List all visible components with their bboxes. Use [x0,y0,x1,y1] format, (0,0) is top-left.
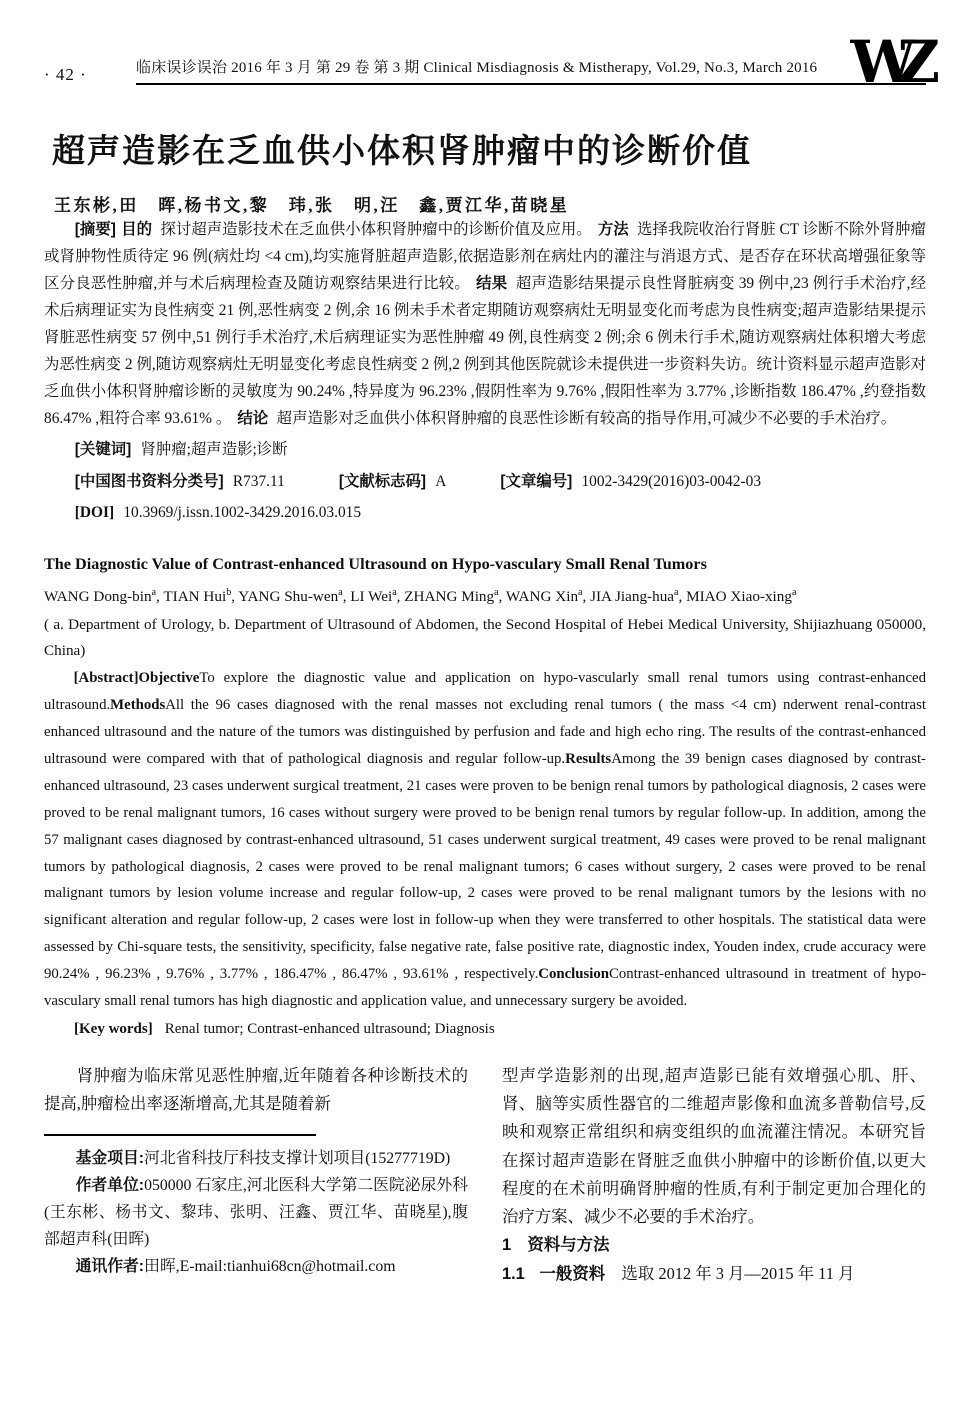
author-en: ZHANG Minga, [404,588,506,605]
keywords-label-en: [Key words] [74,1021,153,1037]
keywords-cn: 肾肿瘤;超声造影;诊断 [140,441,287,458]
doc-code-label: [文献标志码] [339,473,426,490]
authors-en: WANG Dong-bina, TIAN Huib, YANG Shu-wena… [44,584,926,610]
clc-label: [中国图书资料分类号] [75,473,224,490]
author-en: TIAN Huib, [163,588,238,605]
logo-letter-z: Z [898,28,940,96]
right-column: 型声学造影剂的出现,超声造影已能有效增强心肌、肝、肾、脑等实质性器官的二维超声影… [502,1062,926,1288]
correspondence-note: 通讯作者:田晖,E-mail:tianhui68cn@hotmail.com [44,1254,468,1281]
corr-label: 通讯作者: [76,1258,144,1275]
methods-label-en: Methods [110,697,165,713]
article-id-value: 1002-3429(2016)03-0042-03 [581,473,761,490]
right-paragraph: 型声学造影剂的出现,超声造影已能有效增强心肌、肝、肾、脑等实质性器官的二维超声影… [502,1062,926,1231]
section-1-1-paragraph: 1.1一般资料选取 2012 年 3 月—2015 年 11 月 [502,1260,926,1288]
abstract-cn: [摘要]目的探讨超声造影技术在乏血供小体积肾肿瘤中的诊断价值及应用。方法选择我院… [44,216,926,433]
conclusion-label-en: Conclusion [538,966,609,982]
author-en: LI Weia, [350,588,404,605]
journal-header-line: 临床误诊误治 2016 年 3 月 第 29 卷 第 3 期 Clinical … [136,56,926,85]
results-text-en: Among the 39 benign cases diagnosed by c… [44,751,926,982]
author-en: WANG Dong-bina, [44,588,163,605]
left-column: 肾肿瘤为临床常见恶性肿瘤,近年随着各种诊断技术的提高,肿瘤检出率逐渐增高,尤其是… [44,1062,468,1288]
abstract-label-en: [Abstract] [74,670,139,686]
clc-value: R737.11 [233,473,285,490]
doc-code-value: A [435,473,446,490]
classification-row: [中国图书资料分类号]R737.11[文献标志码]A[文章编号]1002-342… [44,469,926,495]
journal-page: · 42 · 临床误诊误治 2016 年 3 月 第 29 卷 第 3 期 Cl… [0,0,970,1426]
fund-text: 河北省科技厅科技支撑计划项目(15277719D) [144,1150,450,1167]
article-title-en: The Diagnostic Value of Contrast-enhance… [44,552,926,578]
journal-logo: WZ [851,34,940,94]
section-1-number: 1 [502,1236,511,1254]
results-text: 超声造影结果提示良性肾脏病变 39 例中,23 例行手术治疗,经术后病理证实为良… [44,275,926,428]
section-1-1-text: 选取 2012 年 3 月—2015 年 11 月 [622,1264,855,1283]
keywords-en: Renal tumor; Contrast-enhanced ultrasoun… [165,1021,495,1037]
doi-label: [DOI] [75,504,114,521]
section-1-title: 资料与方法 [528,1236,610,1254]
section-1-heading: 1资料与方法 [502,1231,926,1259]
affil-label: 作者单位: [76,1177,144,1194]
english-section: The Diagnostic Value of Contrast-enhance… [44,552,926,1038]
doi-value: 10.3969/j.issn.1002-3429.2016.03.015 [123,504,361,521]
methods-label: 方法 [598,221,629,238]
section-1-1-label: 1.1一般资料 [502,1265,605,1283]
page-number: · 42 · [44,65,136,85]
corr-text: 田晖,E-mail:tianhui68cn@hotmail.com [144,1258,395,1275]
objective-text: 探讨超声造影技术在乏血供小体积肾肿瘤中的诊断价值及应用。 [161,221,592,238]
fund-note: 基金项目:河北省科技厅科技支撑计划项目(15277719D) [44,1146,468,1173]
keywords-row-cn: [关键词]肾肿瘤;超声造影;诊断 [44,437,926,463]
author-en: WANG Xina, [506,588,590,605]
footnote-block: 基金项目:河北省科技厅科技支撑计划项目(15277719D) 作者单位:0500… [44,1146,468,1280]
intro-paragraph: 肾肿瘤为临床常见恶性肿瘤,近年随着各种诊断技术的提高,肿瘤检出率逐渐增高,尤其是… [44,1062,468,1118]
footnote-rule [44,1134,316,1136]
author-en: YANG Shu-wena, [238,588,350,605]
article-title-cn: 超声造影在乏血供小体积肾肿瘤中的诊断价值 [52,131,926,171]
results-label: 结果 [476,275,507,292]
abstract-label: [摘要] [75,221,116,238]
affiliation-en: ( a. Department of Urology, b. Departmen… [44,612,926,665]
objective-label-en: Objective [139,670,200,686]
author-affiliation-note: 作者单位:050000 石家庄,河北医科大学第二医院泌尿外科(王东彬、杨书文、黎… [44,1173,468,1254]
doi-row: [DOI]10.3969/j.issn.1002-3429.2016.03.01… [44,500,926,526]
conclusion-text: 超声造影对乏血供小体积肾肿瘤的良恶性诊断有较高的指导作用,可减少不必要的手术治疗… [277,410,896,427]
results-label-en: Results [565,751,611,767]
body-columns: 肾肿瘤为临床常见恶性肿瘤,近年随着各种诊断技术的提高,肿瘤检出率逐渐增高,尤其是… [44,1062,926,1288]
keywords-label-cn: [关键词] [75,441,131,458]
page-header: · 42 · 临床误诊误治 2016 年 3 月 第 29 卷 第 3 期 Cl… [44,0,926,85]
abstract-en: [Abstract]ObjectiveTo explore the diagno… [44,665,926,1015]
conclusion-label: 结论 [237,410,268,427]
article-id-label: [文章编号] [500,473,572,490]
objective-label: 目的 [121,221,152,238]
authors-cn: 王东彬,田 晖,杨书文,黎 玮,张 明,汪 鑫,贾江华,苗晓星 [54,191,926,216]
fund-label: 基金项目: [76,1150,144,1167]
author-en: MIAO Xiao-xinga [686,588,796,605]
keywords-row-en: [Key words]Renal tumor; Contrast-enhance… [44,1021,926,1038]
author-en: JIA Jiang-huaa, [590,588,686,605]
